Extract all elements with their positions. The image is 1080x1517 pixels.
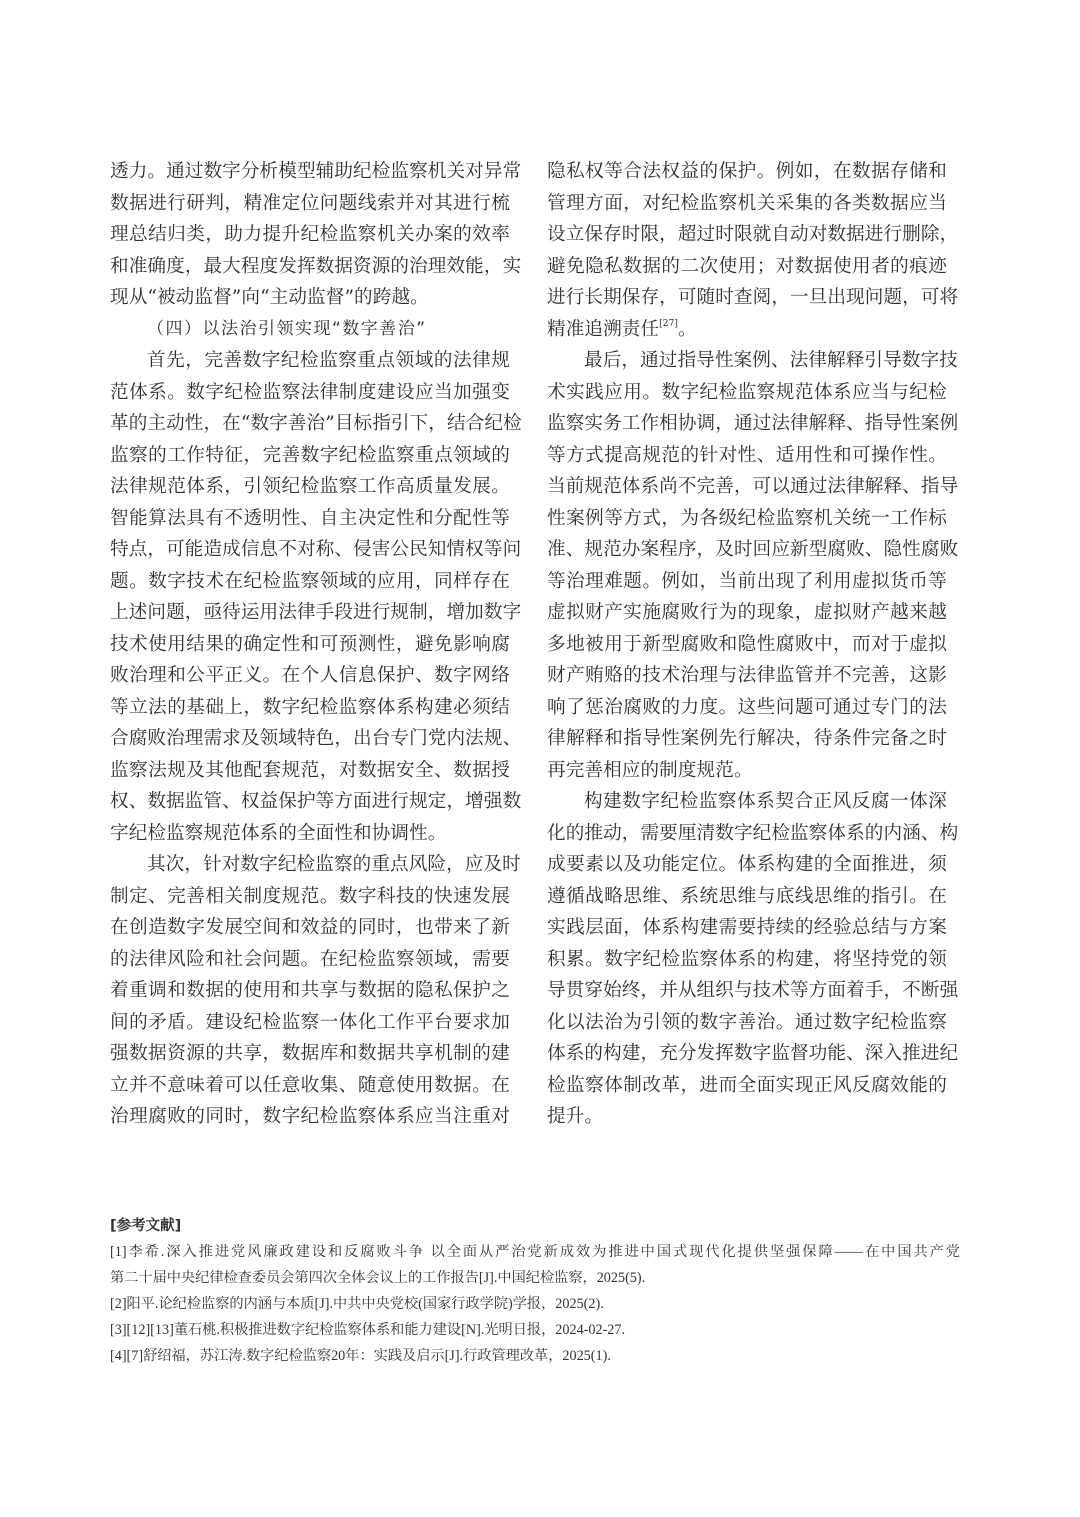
body-line: 管理方面，对纪检监察机关采集的各类数据应当 [547, 188, 947, 220]
body-line: 当前规范体系尚不完善，可以通过法律解释、指导 [547, 471, 947, 503]
body-line: 特点，可能造成信息不对称、侵害公民知情权等问 [110, 534, 510, 566]
reference-item: [3][12][13]董石桃.积极推进数字纪检监察体系和能力建设[N].光明日报… [110, 1317, 960, 1343]
body-line: 隐私权等合法权益的保护。例如，在数据存储和 [547, 156, 947, 188]
body-line: 字纪检监察规范体系的全面性和协调性。 [110, 818, 510, 850]
body-line: 实践层面，体系构建需要持续的经验总结与方案 [547, 912, 947, 944]
body-line: 遵循战略思维、系统思维与底线思维的指引。在 [547, 881, 947, 913]
body-line: 导贯穿始终，并从组织与技术等方面着手，不断强 [547, 975, 947, 1007]
body-line: 虚拟财产实施腐败行为的现象，虚拟财产越来越 [547, 597, 947, 629]
body-line: 理总结归类，助力提升纪检监察机关办案的效率 [110, 219, 510, 251]
body-line: 等立法的基础上，数字纪检监察体系构建必须结 [110, 692, 510, 724]
body-line: 的法律风险和社会问题。在纪检监察领域，需要 [110, 944, 510, 976]
paragraph-first-line: 首先，完善数字纪检监察重点领域的法律规 [110, 345, 510, 377]
body-line: 等治理难题。例如，当前出现了利用虚拟货币等 [547, 566, 947, 598]
body-line: 治理腐败的同时，数字纪检监察体系应当注重对 [110, 1101, 510, 1133]
references-section: [参考文献] [1]李希.深入推进党风廉政建设和反腐败斗争 以全面从严治党新成效… [110, 1213, 960, 1369]
body-line: 化的推动，需要厘清数字纪检监察体系的内涵、构 [547, 818, 947, 850]
body-line: 准、规范办案程序，及时回应新型腐败、隐性腐败 [547, 534, 947, 566]
reference-item: [4][7]舒绍福，苏江涛.数字纪检监察20年：实践及启示[J].行政管理改革，… [110, 1343, 960, 1369]
body-line: 范体系。数字纪检监察法律制度建设应当加强变 [110, 377, 510, 409]
body-line: 设立保存时限，超过时限就自动对数据进行删除， [547, 219, 947, 251]
body-line: 性案例等方式，为各级纪检监察机关统一工作标 [547, 503, 947, 535]
body-line: 避免隐私数据的二次使用；对数据使用者的痕迹 [547, 251, 947, 283]
body-line: 进行长期保存，可随时查阅，一旦出现问题，可将 [547, 282, 947, 314]
body-line: 财产贿赂的技术治理与法律监管并不完善，这影 [547, 660, 947, 692]
body-line: 化以法治为引领的数字善治。通过数字纪检监察 [547, 1007, 947, 1039]
citation-marker: [27] [659, 319, 678, 329]
body-line: 监察实务工作相协调，通过法律解释、指导性案例 [547, 408, 947, 440]
body-line: 体系的构建，充分发挥数字监督功能、深入推进纪 [547, 1038, 947, 1070]
document-page: 透力。通过数字分析模型辅助纪检监察机关对异常 数据进行研判，精准定位问题线索并对… [0, 0, 1080, 1517]
body-line: 成要素以及功能定位。体系构建的全面推进，须 [547, 849, 947, 881]
body-line: 等方式提高规范的针对性、适用性和可操作性。 [547, 440, 947, 472]
paragraph-first-line: 构建数字纪检监察体系契合正风反腐一体深 [547, 786, 947, 818]
body-line: 权、数据监管、权益保护等方面进行规定，增强数 [110, 786, 510, 818]
body-line: 术实践应用。数字纪检监察规范体系应当与纪检 [547, 377, 947, 409]
body-line: 在创造数字发展空间和效益的同时，也带来了新 [110, 912, 510, 944]
body-text: 精准追溯责任 [547, 319, 659, 340]
body-line: 响了惩治腐败的力度。这些问题可通过专门的法 [547, 692, 947, 724]
body-line: 败治理和公平正义。在个人信息保护、数字网络 [110, 660, 510, 692]
body-line: 法律规范体系，引领纪检监察工作高质量发展。 [110, 471, 510, 503]
body-line: 监察的工作特征，完善数字纪检监察重点领域的 [110, 440, 510, 472]
body-line: 革的主动性，在“数字善治”目标指引下，结合纪检 [110, 408, 510, 440]
body-line: 多地被用于新型腐败和隐性腐败中，而对于虚拟 [547, 629, 947, 661]
reference-item: [1]李希.深入推进党风廉政建设和反腐败斗争 以全面从严治党新成效为推进中国式现… [110, 1239, 960, 1265]
section-heading: （四）以法治引领实现“数字善治” [110, 314, 510, 346]
body-line: 和准确度，最大程度发挥数据资源的治理效能，实 [110, 251, 510, 283]
body-line: 检监察体制改革，进而全面实现正风反腐效能的 [547, 1070, 947, 1102]
body-line: 监察法规及其他配套规范，对数据安全、数据授 [110, 755, 510, 787]
body-line: 强数据资源的共享，数据库和数据共享机制的建 [110, 1038, 510, 1070]
body-line: 立并不意味着可以任意收集、随意使用数据。在 [110, 1070, 510, 1102]
body-line: 透力。通过数字分析模型辅助纪检监察机关对异常 [110, 156, 510, 188]
body-line: 现从“被动监督”向“主动监督”的跨越。 [110, 282, 510, 314]
period: 。 [678, 319, 697, 340]
body-line: 上述问题，亟待运用法律手段进行规制，增加数字 [110, 597, 510, 629]
body-line: 着重调和数据的使用和共享与数据的隐私保护之 [110, 975, 510, 1007]
body-line: 题。数字技术在纪检监察领域的应用，同样存在 [110, 566, 510, 598]
body-line: 间的矛盾。建设纪检监察一体化工作平台要求加 [110, 1007, 510, 1039]
body-line: 技术使用结果的确定性和可预测性，避免影响腐 [110, 629, 510, 661]
left-column: 透力。通过数字分析模型辅助纪检监察机关对异常 数据进行研判，精准定位问题线索并对… [110, 156, 510, 1133]
body-line: 智能算法具有不透明性、自主决定性和分配性等 [110, 503, 510, 535]
body-line-with-citation: 精准追溯责任[27]。 [547, 314, 947, 346]
paragraph-first-line: 最后，通过指导性案例、法律解释引导数字技 [547, 345, 947, 377]
body-line: 提升。 [547, 1101, 947, 1133]
body-line: 积累。数字纪检监察体系的构建，将坚持党的领 [547, 944, 947, 976]
references-title: [参考文献] [110, 1213, 960, 1239]
body-line: 制定、完善相关制度规范。数字科技的快速发展 [110, 881, 510, 913]
body-line: 合腐败治理需求及领域特色，出台专门党内法规、 [110, 723, 510, 755]
reference-item-continuation: 第二十届中央纪律检查委员会第四次全体会议上的工作报告[J].中国纪检监察，202… [110, 1265, 960, 1291]
paragraph-first-line: 其次，针对数字纪检监察的重点风险，应及时 [110, 849, 510, 881]
right-column: 隐私权等合法权益的保护。例如，在数据存储和 管理方面，对纪检监察机关采集的各类数… [547, 156, 947, 1133]
body-line: 数据进行研判，精准定位问题线索并对其进行梳 [110, 188, 510, 220]
reference-item: [2]阳平.论纪检监察的内涵与本质[J].中共中央党校(国家行政学院)学报，20… [110, 1291, 960, 1317]
body-line: 律解释和指导性案例先行解决，待条件完备之时 [547, 723, 947, 755]
body-line: 再完善相应的制度规范。 [547, 755, 947, 787]
